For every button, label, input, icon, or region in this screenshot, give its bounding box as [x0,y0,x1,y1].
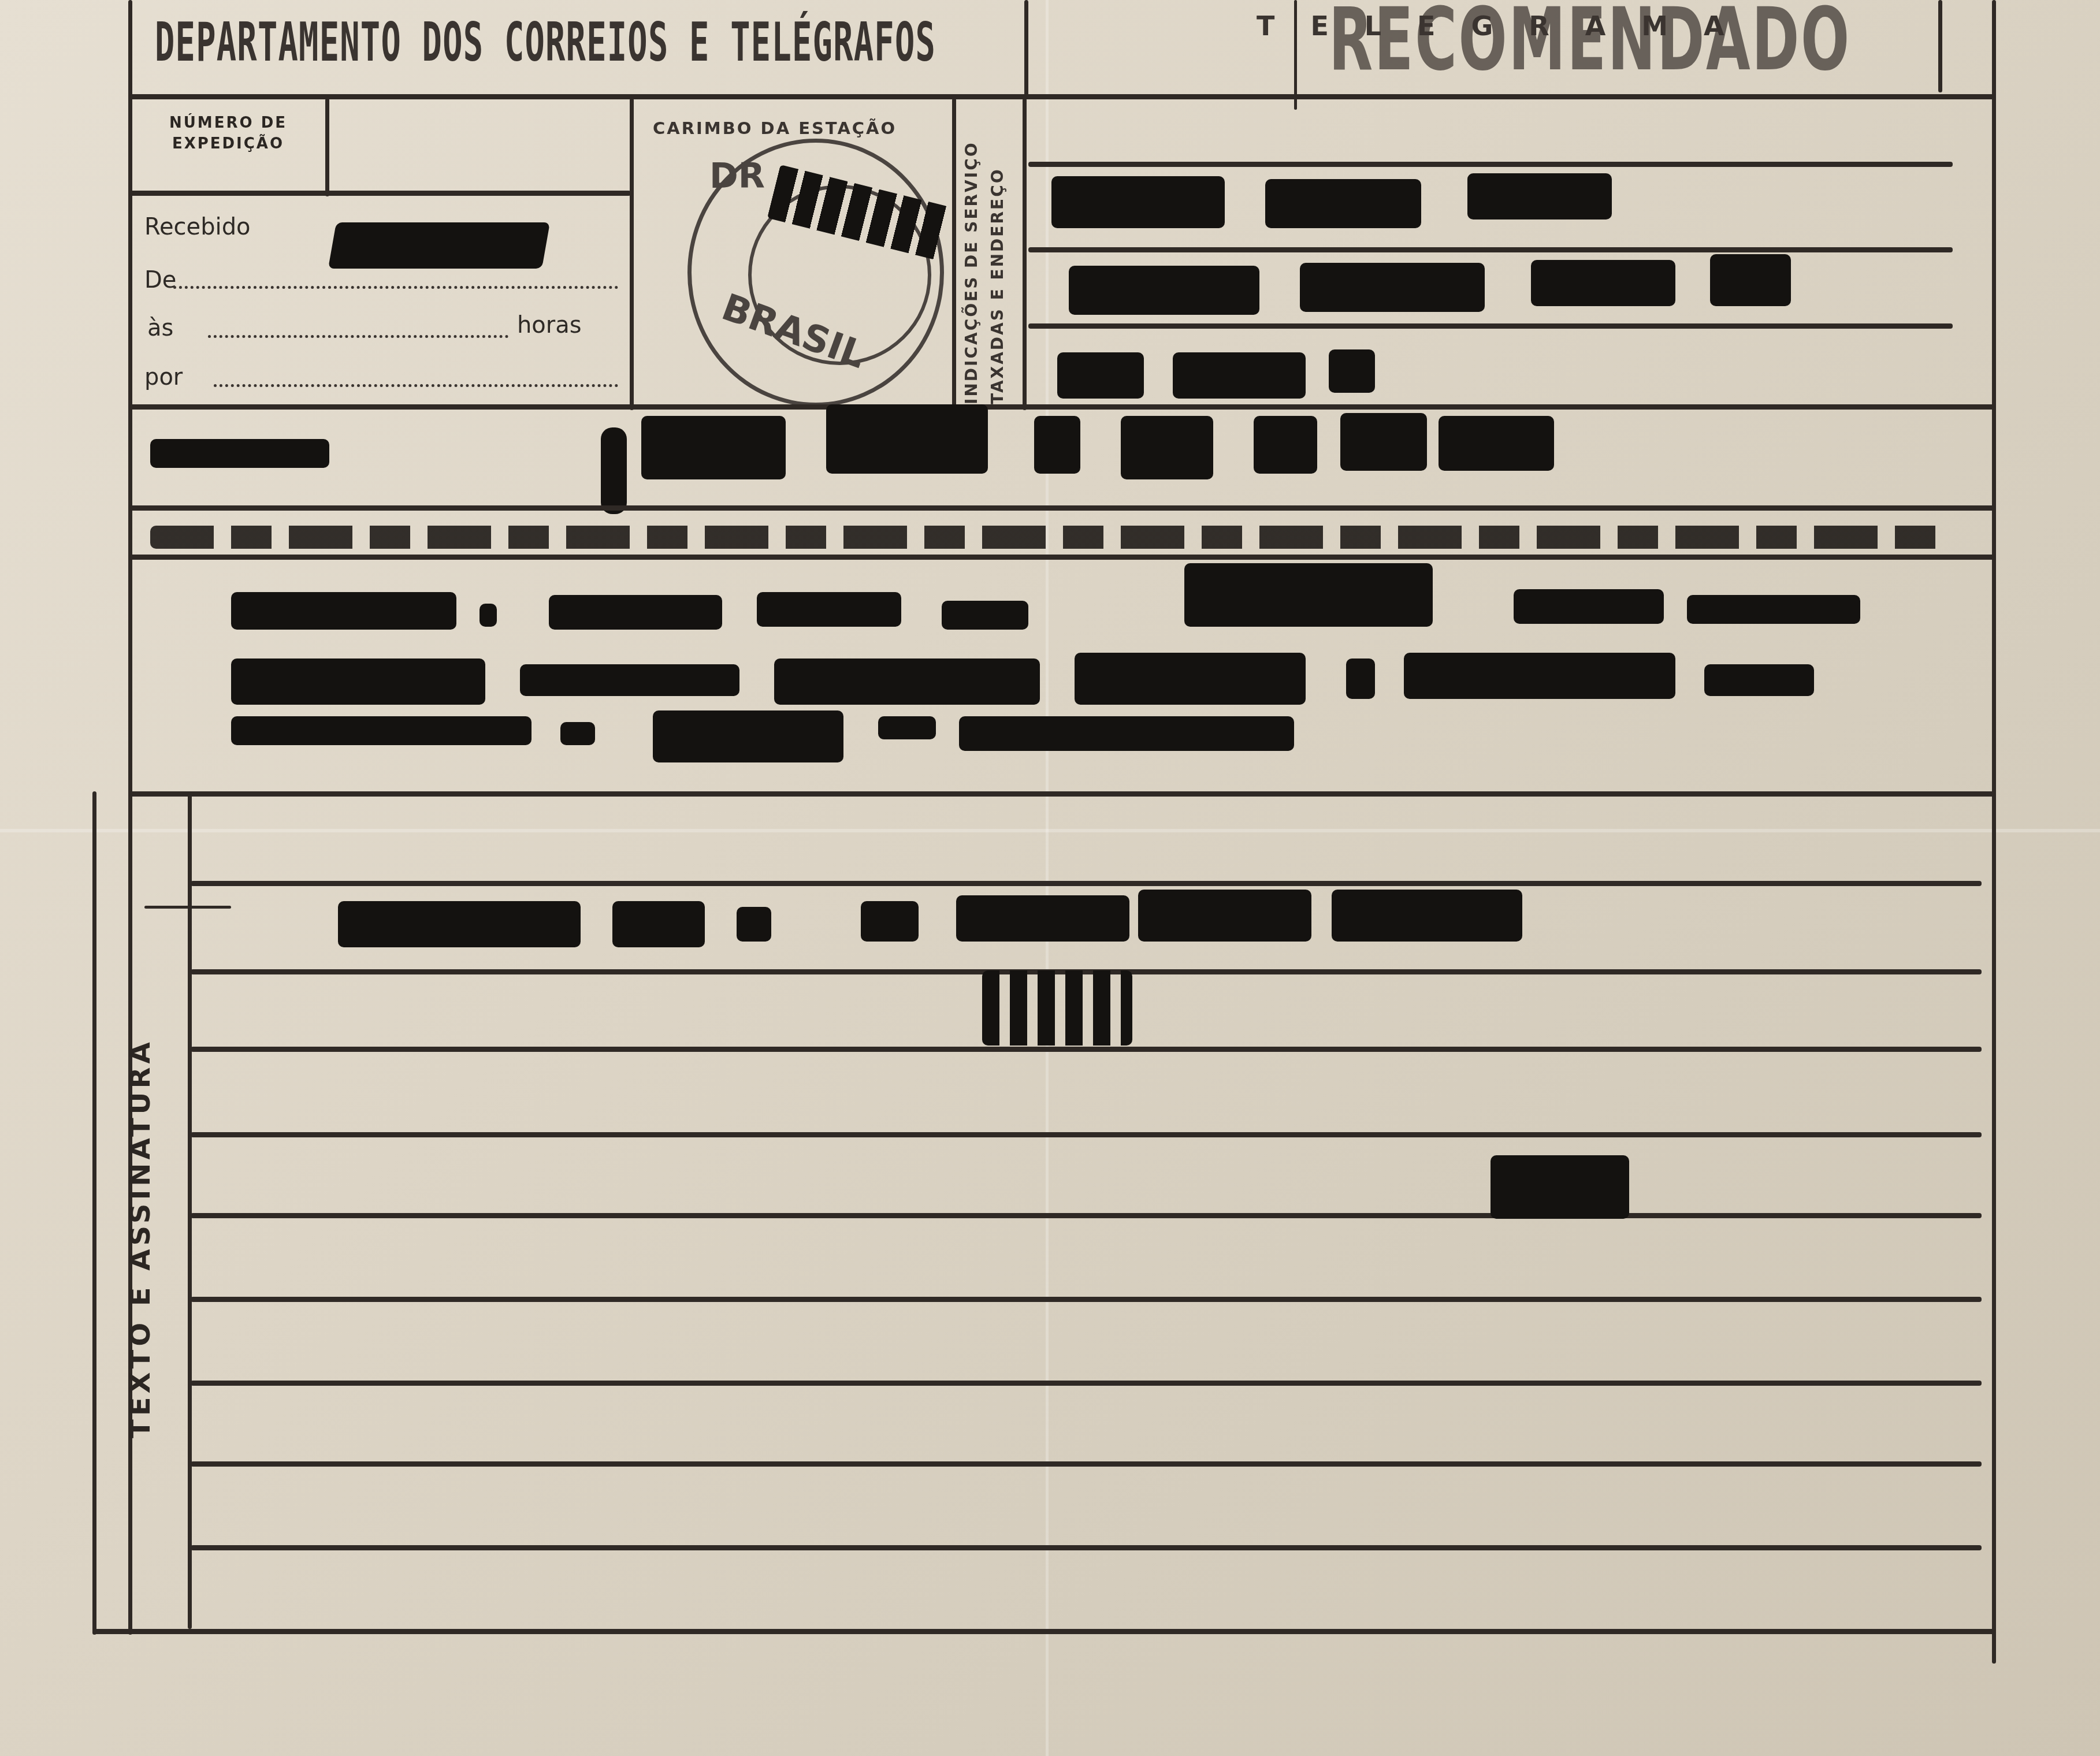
divider [630,98,634,410]
rule [128,404,1994,410]
divider [325,98,329,196]
rule [128,505,1994,511]
header-bottom-rule [128,94,1994,99]
received-redaction [328,222,550,269]
from-field[interactable] [173,286,618,289]
time-field[interactable] [208,335,508,338]
rule [128,191,631,196]
frame-bottom [92,1629,1996,1634]
staple [144,906,231,909]
text-line [191,1132,1982,1137]
paper-crease [0,829,2100,832]
expedition-number-label: NÚMERO DE EXPEDIÇÃO [139,113,318,154]
text-line [191,1297,1982,1302]
pen-mark [1294,0,1297,110]
rule [128,555,1994,560]
text-line [191,1047,1982,1052]
registered-stamp: RECOMENDADO [1329,0,1851,90]
rule [128,791,1994,797]
station-stamp-label: CARIMBO DA ESTAÇÃO [653,118,897,138]
section-left-edge [92,791,96,1635]
at-label: às [147,315,173,341]
text-line [191,1381,1982,1386]
service-indications-label: INDICAÇÕES DE SERVIÇO [962,141,981,404]
section-divider [188,791,192,1629]
text-signature-label: TEXTO E ASSINATURA [124,1039,157,1438]
header-divider [1024,0,1028,98]
rule [1028,247,1953,252]
by-label: por [144,364,183,390]
divider [952,98,956,410]
divider [1023,98,1027,410]
hours-label: horas [517,312,582,338]
paper-crease [1046,0,1049,1756]
received-label: Recebido [144,214,251,240]
text-line [191,1213,1982,1218]
frame-right [1992,0,1996,1664]
rule [1028,323,1953,329]
fine-print-redacted [150,526,1953,549]
rule [1028,162,1953,167]
text-line [191,881,1982,886]
text-line [191,1545,1982,1550]
by-field[interactable] [214,384,618,387]
from-label: De [144,267,176,293]
service-indications-label-2: TAXADAS E ENDEREÇO [988,168,1007,404]
department-header: DEPARTAMENTO DOS CORREIOS E TELÉGRAFOS [155,12,936,73]
header-right-edge [1938,0,1942,92]
postmark-letters: DR [709,156,765,196]
text-line [191,1461,1982,1467]
